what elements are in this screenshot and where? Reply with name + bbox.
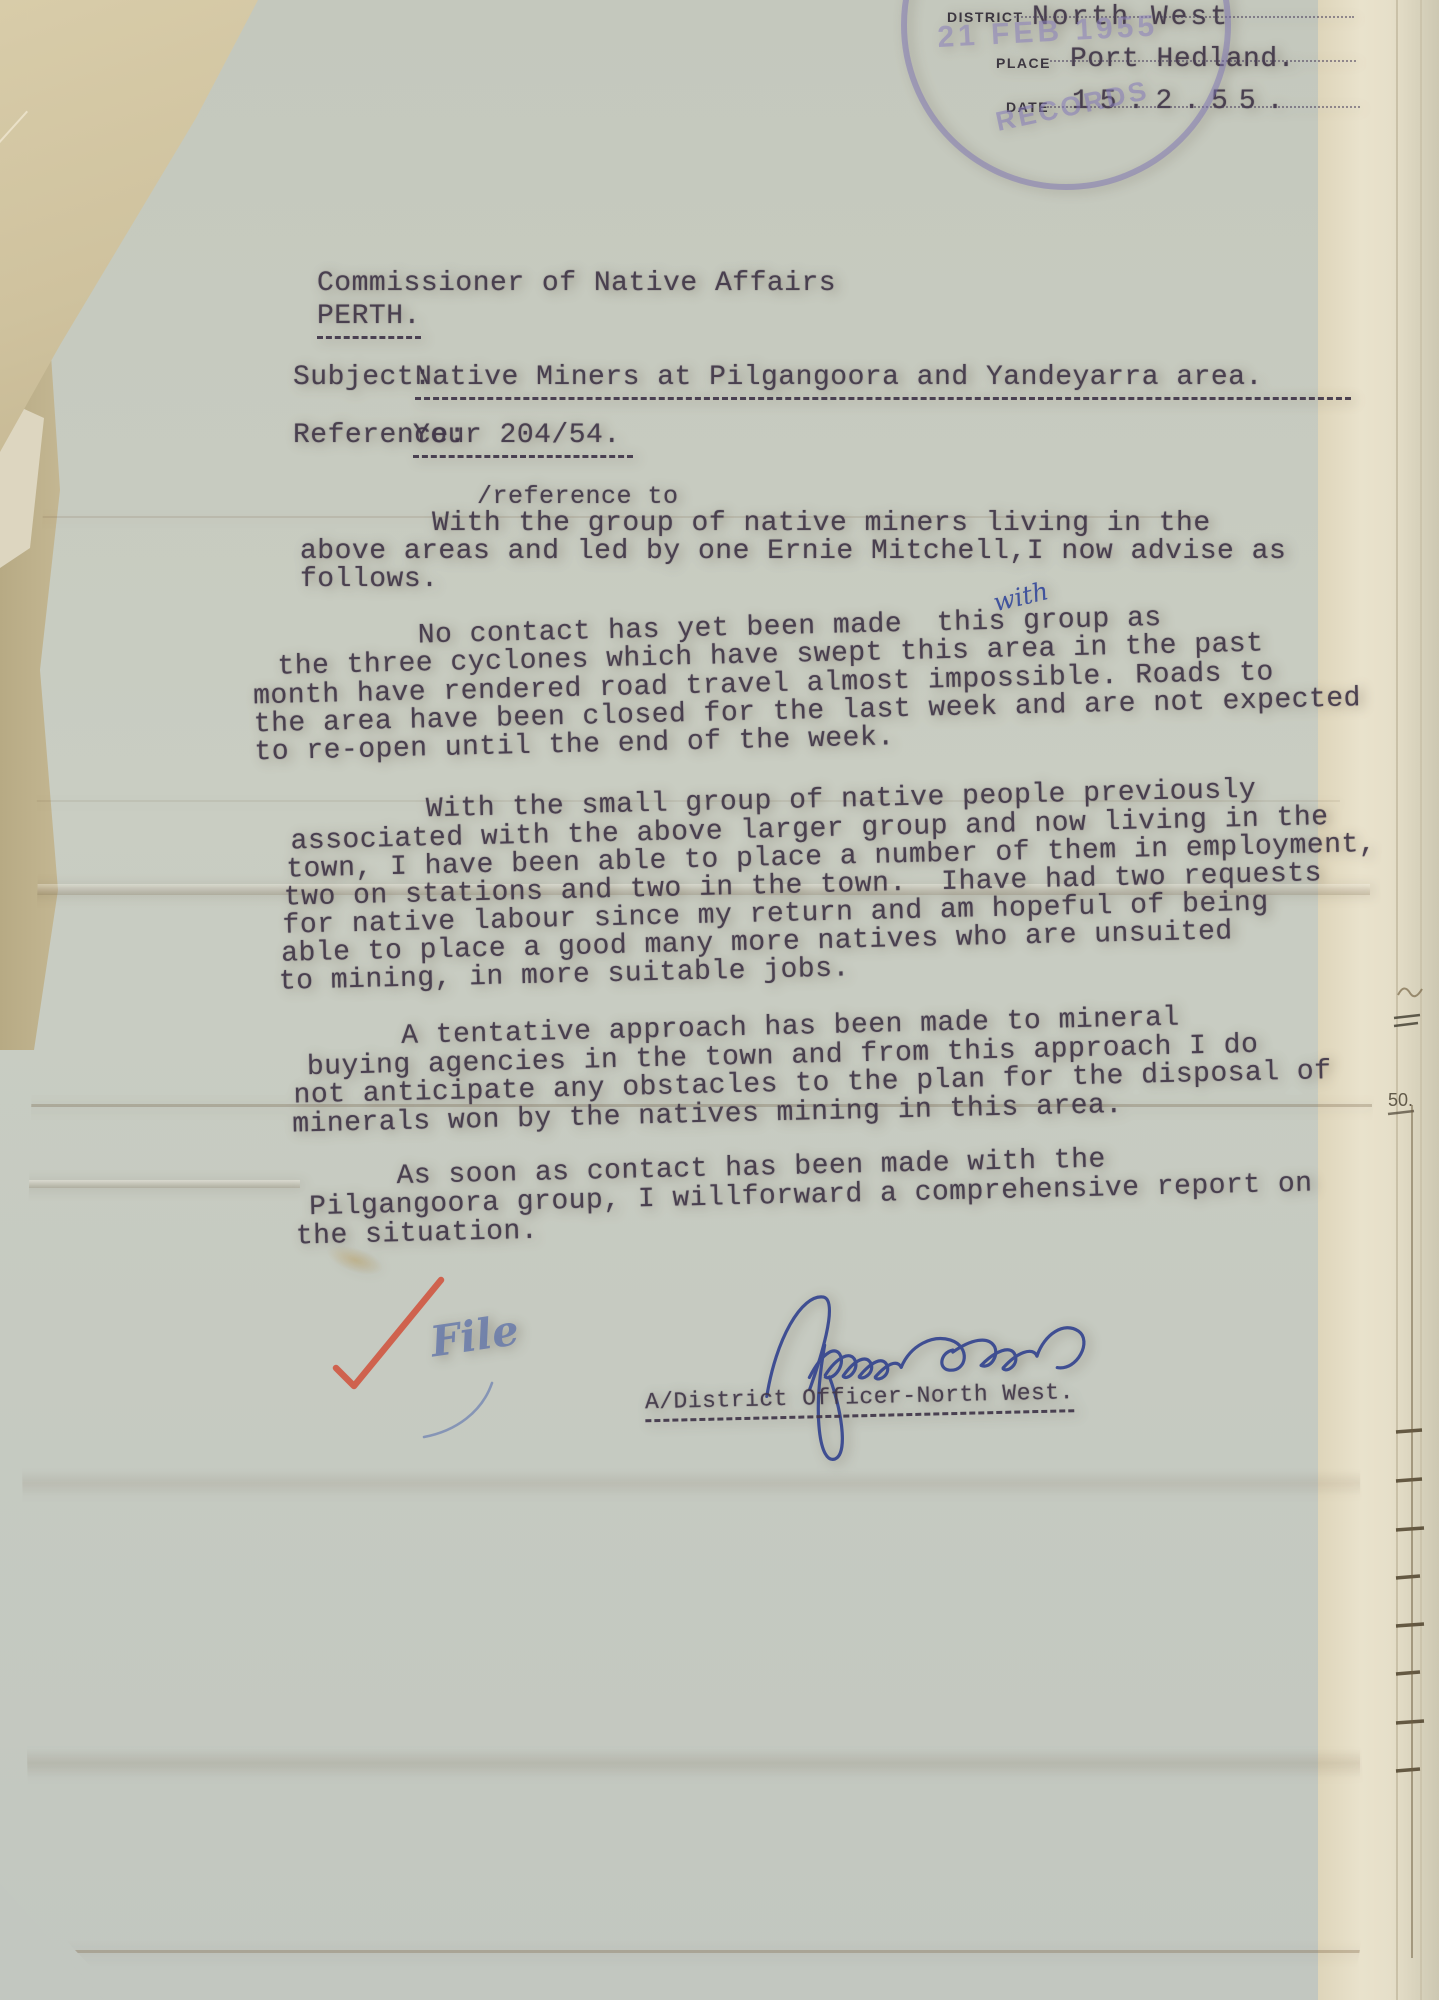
scanned-letter-photo: 50. DISTRICT North West PLACE Port Hedla…	[0, 0, 1439, 2000]
ruled-line	[1420, 0, 1422, 2000]
letter-body: with No contact has yet been made this g…	[0, 0, 1439, 2000]
file-annotation: File	[427, 1305, 522, 1366]
letter-line: the situation.	[296, 1216, 539, 1254]
fold-line	[0, 111, 28, 246]
signature-title: A/District Officer-North West.	[645, 1379, 1075, 1422]
signature	[0, 0, 1439, 2000]
letter-page: DISTRICT North West PLACE Port Hedland. …	[0, 0, 1439, 2000]
side-page-number: 50.	[1388, 1090, 1413, 1111]
